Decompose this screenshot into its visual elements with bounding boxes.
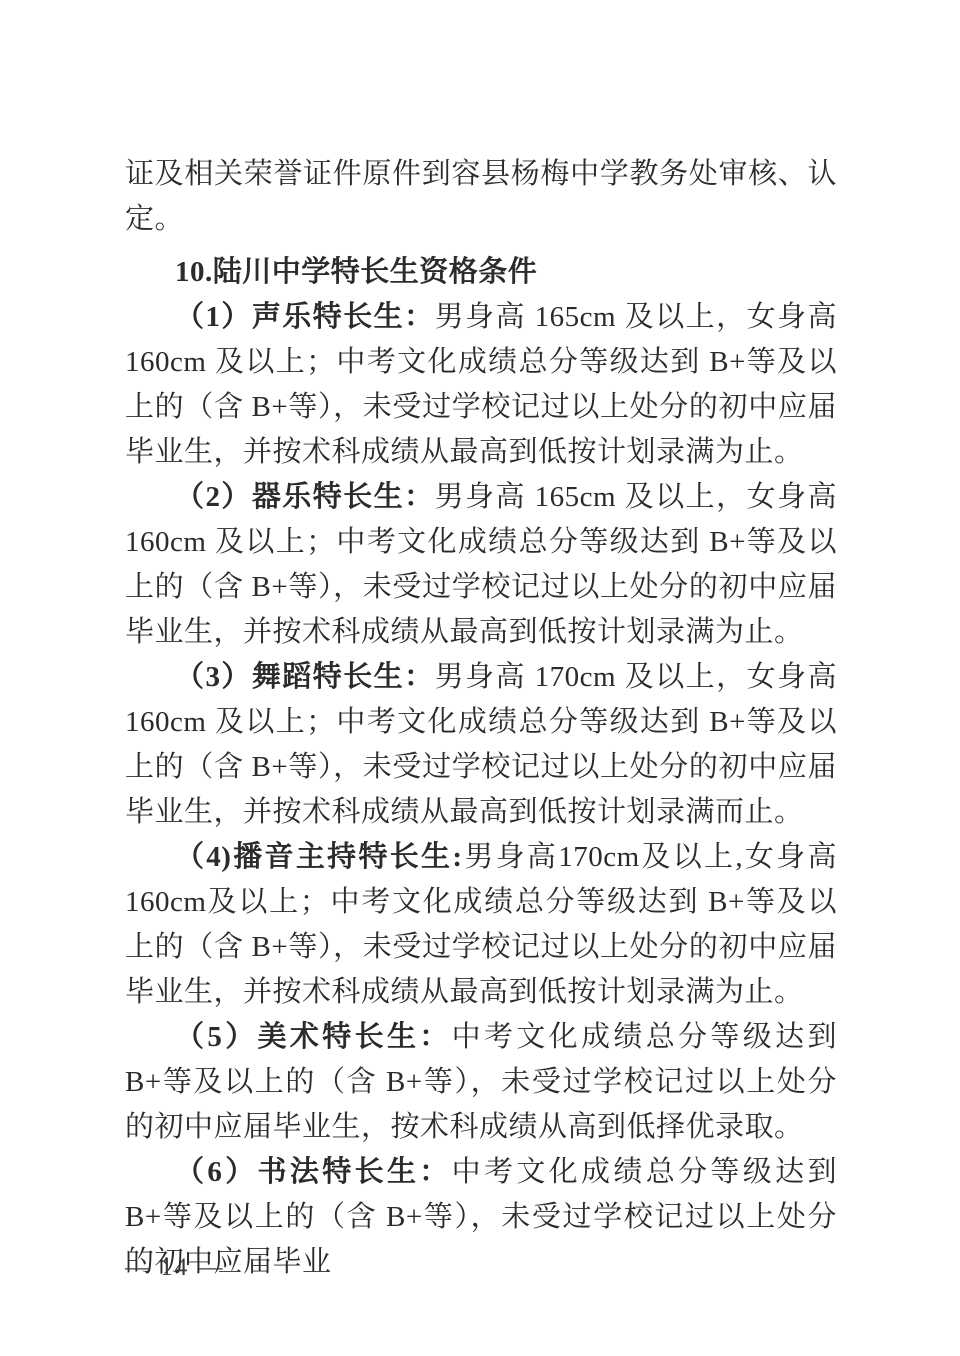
talent-item-2: （2）器乐特长生：男身高 165cm 及以上，女身高 160cm 及以上；中考文… xyxy=(125,475,837,655)
talent-item-6: （6）书法特长生：中考文化成绩总分等级达到 B+等及以上的（含 B+等），未受过… xyxy=(125,1150,837,1285)
item-label: （6）书法特长生： xyxy=(175,1156,452,1188)
item-label: （1）声乐特长生： xyxy=(175,301,435,333)
talent-item-4: （4)播音主持特长生:男身高170cm及以上,女身高160cm及以上；中考文化成… xyxy=(125,835,837,1015)
section-heading: 10.陆川中学特长生资格条件 xyxy=(125,250,837,295)
talent-item-3: （3）舞蹈特长生：男身高 170cm 及以上，女身高 160cm 及以上；中考文… xyxy=(125,655,837,835)
document-page: 证及相关荣誉证件原件到容县杨梅中学教务处审核、认定。 10.陆川中学特长生资格条… xyxy=(0,0,960,1356)
page-number: — 14 — xyxy=(125,1254,225,1281)
item-label: （4)播音主持特长生: xyxy=(175,841,463,873)
talent-item-5: （5）美术特长生：中考文化成绩总分等级达到 B+等及以上的（含 B+等），未受过… xyxy=(125,1015,837,1150)
item-label: （5）美术特长生： xyxy=(175,1021,452,1053)
document-body: 证及相关荣誉证件原件到容县杨梅中学教务处审核、认定。 10.陆川中学特长生资格条… xyxy=(125,152,837,1285)
page-footer: — 14 — xyxy=(125,1252,225,1284)
talent-item-1: （1）声乐特长生：男身高 165cm 及以上，女身高 160cm 及以上；中考文… xyxy=(125,295,837,475)
continuation-paragraph: 证及相关荣誉证件原件到容县杨梅中学教务处审核、认定。 xyxy=(125,152,837,242)
item-label: （2）器乐特长生： xyxy=(175,481,435,513)
item-label: （3）舞蹈特长生： xyxy=(175,661,435,693)
